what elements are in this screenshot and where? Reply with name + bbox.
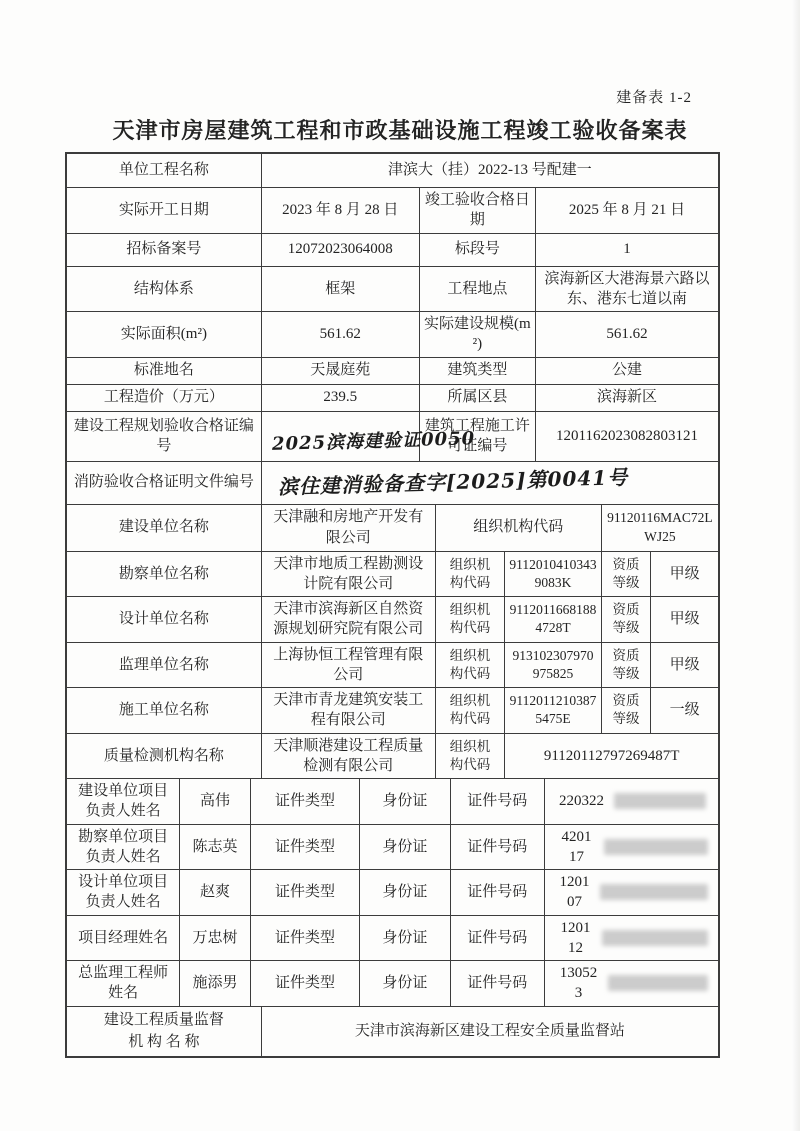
company-name: 天津市滨海新区自然资源规划研究院有限公司 — [262, 597, 436, 642]
row-value: 津滨大（挂）2022-13 号配建一 — [262, 154, 718, 187]
row-value: 滨海新区大港海景六路以东、港东七道以南 — [536, 267, 718, 312]
cert-no-value: 220322 — [545, 779, 718, 824]
org-code-value: 913102307970975825 — [505, 643, 601, 688]
redacted-id-blur — [614, 793, 706, 809]
cert-type-value: 身份证 — [360, 916, 450, 961]
person-name: 陈志英 — [180, 825, 251, 870]
cert-no-label: 证件号码 — [451, 779, 545, 824]
qualification-grade: 甲级 — [651, 552, 718, 597]
row-label: 建设单位名称 — [67, 505, 262, 551]
cert-type-value: 身份证 — [360, 779, 450, 824]
person-name: 施添男 — [180, 961, 251, 1006]
table-row: 设计单位名称 天津市滨海新区自然资源规划研究院有限公司 组织机构代码 91120… — [67, 597, 718, 643]
table-row: 标准地名 天晟庭苑 建筑类型 公建 — [67, 358, 718, 385]
row-value: 2025 年 8 月 21 日 — [536, 188, 718, 233]
person-role-label: 项目经理姓名 — [67, 916, 180, 961]
person-role-label: 设计单位项目负责人姓名 — [67, 870, 180, 915]
person-role-label: 总监理工程师姓名 — [67, 961, 180, 1006]
cert-type-label: 证件类型 — [251, 961, 360, 1006]
cert-type-value: 身份证 — [360, 961, 450, 1006]
document-page: 建备表 1-2 天津市房屋建筑工程和市政基础设施工程竣工验收备案表 单位工程名称… — [0, 0, 800, 1131]
row-label: 工程地点 — [420, 267, 536, 312]
table-row: 质量检测机构名称 天津顺港建设工程质量检测有限公司 组织机构代码 9112011… — [67, 734, 718, 780]
org-code-value: 91120104103439083K — [505, 552, 601, 597]
supervision-label-line1: 建设工程质量监督 — [104, 1009, 224, 1032]
row-value: 框架 — [262, 267, 420, 312]
cert-no-prefix: 120107 — [559, 872, 590, 913]
row-value: 天晟庭苑 — [262, 358, 420, 384]
qualification-label: 资质等级 — [602, 688, 652, 733]
person-name: 赵爽 — [180, 870, 251, 915]
cert-type-label: 证件类型 — [251, 825, 360, 870]
row-value: 1201162023082803121 — [536, 412, 718, 461]
row-value: 1 — [536, 234, 718, 266]
table-row: 施工单位名称 天津市青龙建筑安装工程有限公司 组织机构代码 9112011210… — [67, 688, 718, 734]
filing-form-table: 单位工程名称 津滨大（挂）2022-13 号配建一 实际开工日期 2023 年 … — [65, 152, 720, 1058]
row-label: 质量检测机构名称 — [67, 734, 262, 779]
table-row: 单位工程名称 津滨大（挂）2022-13 号配建一 — [67, 154, 718, 188]
org-code-label: 组织机构代码 — [436, 597, 506, 642]
org-code-value: 91120116681884728T — [505, 597, 601, 642]
qualification-label: 资质等级 — [602, 552, 652, 597]
redacted-id-blur — [600, 884, 708, 900]
row-label: 监理单位名称 — [67, 643, 262, 688]
cert-no-value: 130523 — [545, 961, 718, 1006]
cert-no-label: 证件号码 — [451, 870, 545, 915]
handwritten-cert-number: 滨住建消验备查字[2025]第0041号 — [262, 462, 718, 504]
row-label: 实际建设规模(m²) — [420, 312, 536, 357]
cert-no-prefix: 120112 — [559, 918, 592, 959]
company-name: 天津市地质工程勘测设计院有限公司 — [262, 552, 436, 597]
table-row: 设计单位项目负责人姓名 赵爽 证件类型 身份证 证件号码 120107 — [67, 870, 718, 916]
org-code-label: 组织机构代码 — [436, 643, 506, 688]
company-name: 天津顺港建设工程质量检测有限公司 — [262, 734, 436, 779]
cert-no-value: 120112 — [545, 916, 718, 961]
row-label: 建设工程规划验收合格证编号 — [67, 412, 262, 461]
qualification-label: 资质等级 — [602, 597, 652, 642]
table-row: 勘察单位名称 天津市地质工程勘测设计院有限公司 组织机构代码 911201041… — [67, 552, 718, 598]
qualification-grade: 甲级 — [651, 597, 718, 642]
supervision-label-line2: 机 构 名 称 — [104, 1031, 224, 1054]
table-row: 项目经理姓名 万忠树 证件类型 身份证 证件号码 120112 — [67, 916, 718, 962]
table-row: 实际开工日期 2023 年 8 月 28 日 竣工验收合格日期 2025 年 8… — [67, 188, 718, 234]
row-label: 设计单位名称 — [67, 597, 262, 642]
row-label: 标准地名 — [67, 358, 262, 384]
row-label: 单位工程名称 — [67, 154, 262, 187]
org-code-value: 91120112797269487T — [505, 734, 718, 779]
form-code: 建备表 1-2 — [616, 86, 692, 107]
redacted-id-blur — [604, 839, 708, 855]
cert-no-prefix: 220322 — [559, 791, 604, 811]
table-row: 总监理工程师姓名 施添男 证件类型 身份证 证件号码 130523 — [67, 961, 718, 1007]
cert-type-label: 证件类型 — [251, 779, 360, 824]
row-label: 消防验收合格证明文件编号 — [67, 462, 262, 504]
company-name: 上海协恒工程管理有限公司 — [262, 643, 436, 688]
org-code-label: 组织机构代码 — [436, 688, 506, 733]
company-name: 天津市青龙建筑安装工程有限公司 — [262, 688, 436, 733]
person-name: 万忠树 — [180, 916, 251, 961]
qualification-label: 资质等级 — [602, 643, 652, 688]
redacted-id-blur — [602, 930, 708, 946]
person-role-label: 建设单位项目负责人姓名 — [67, 779, 180, 824]
table-row: 实际面积(m²) 561.62 实际建设规模(m²) 561.62 — [67, 312, 718, 358]
table-row: 监理单位名称 上海协恒工程管理有限公司 组织机构代码 9131023079709… — [67, 643, 718, 689]
cert-type-label: 证件类型 — [251, 870, 360, 915]
table-row: 工程造价（万元） 239.5 所属区县 滨海新区 — [67, 385, 718, 412]
cert-no-prefix: 130523 — [559, 963, 598, 1004]
org-code-label: 组织机构代码 — [436, 505, 602, 551]
cert-type-label: 证件类型 — [251, 916, 360, 961]
org-code-label: 组织机构代码 — [436, 734, 506, 779]
row-label: 标段号 — [420, 234, 536, 266]
qualification-grade: 甲级 — [651, 643, 718, 688]
table-row: 建设单位名称 天津融和房地产开发有限公司 组织机构代码 91120116MAC7… — [67, 505, 718, 552]
row-label: 建筑类型 — [420, 358, 536, 384]
table-row: 招标备案号 12072023064008 标段号 1 — [67, 234, 718, 267]
row-label: 实际面积(m²) — [67, 312, 262, 357]
row-label: 施工单位名称 — [67, 688, 262, 733]
row-label: 结构体系 — [67, 267, 262, 312]
row-label: 工程造价（万元） — [67, 385, 262, 411]
row-value: 2023 年 8 月 28 日 — [262, 188, 420, 233]
table-row: 结构体系 框架 工程地点 滨海新区大港海景六路以东、港东七道以南 — [67, 267, 718, 313]
row-value: 天津市滨海新区建设工程安全质量监督站 — [262, 1007, 718, 1056]
table-row: 建设工程规划验收合格证编号 2025滨海建验证0050 建筑工程施工许可证编号 … — [67, 412, 718, 462]
table-row: 建设单位项目负责人姓名 高伟 证件类型 身份证 证件号码 220322 — [67, 779, 718, 825]
row-label: 所属区县 — [420, 385, 536, 411]
redacted-id-blur — [608, 975, 708, 991]
cert-type-value: 身份证 — [360, 825, 450, 870]
row-value: 239.5 — [262, 385, 420, 411]
org-code-value: 91120112103875475E — [505, 688, 601, 733]
row-value: 公建 — [536, 358, 718, 384]
row-value: 561.62 — [262, 312, 420, 357]
row-label: 建设工程质量监督 机 构 名 称 — [67, 1007, 262, 1056]
page-title: 天津市房屋建筑工程和市政基础设施工程竣工验收备案表 — [0, 114, 800, 145]
person-name: 高伟 — [180, 779, 251, 824]
row-label: 招标备案号 — [67, 234, 262, 266]
cert-no-value: 120107 — [545, 870, 718, 915]
cert-no-label: 证件号码 — [451, 961, 545, 1006]
cert-no-label: 证件号码 — [451, 825, 545, 870]
row-value: 滨海新区 — [536, 385, 718, 411]
table-row: 勘察单位项目负责人姓名 陈志英 证件类型 身份证 证件号码 420117 — [67, 825, 718, 871]
cert-no-label: 证件号码 — [451, 916, 545, 961]
company-name: 天津融和房地产开发有限公司 — [262, 505, 436, 551]
org-code-value: 91120116MAC72LWJ25 — [602, 505, 718, 551]
person-role-label: 勘察单位项目负责人姓名 — [67, 825, 180, 870]
row-label: 实际开工日期 — [67, 188, 262, 233]
cert-no-prefix: 420117 — [559, 827, 594, 868]
row-value: 561.62 — [536, 312, 718, 357]
cert-no-value: 420117 — [545, 825, 718, 870]
handwriting: 滨住建消验备查字[2025]第0041号 — [277, 464, 628, 501]
row-value: 12072023064008 — [262, 234, 420, 266]
table-row: 建设工程质量监督 机 构 名 称 天津市滨海新区建设工程安全质量监督站 — [67, 1007, 718, 1056]
qualification-grade: 一级 — [651, 688, 718, 733]
row-label: 勘察单位名称 — [67, 552, 262, 597]
handwritten-cert-number: 2025滨海建验证0050 — [262, 412, 420, 461]
org-code-label: 组织机构代码 — [436, 552, 506, 597]
table-row: 消防验收合格证明文件编号 滨住建消验备查字[2025]第0041号 — [67, 462, 718, 505]
row-label: 竣工验收合格日期 — [420, 188, 536, 233]
cert-type-value: 身份证 — [360, 870, 450, 915]
